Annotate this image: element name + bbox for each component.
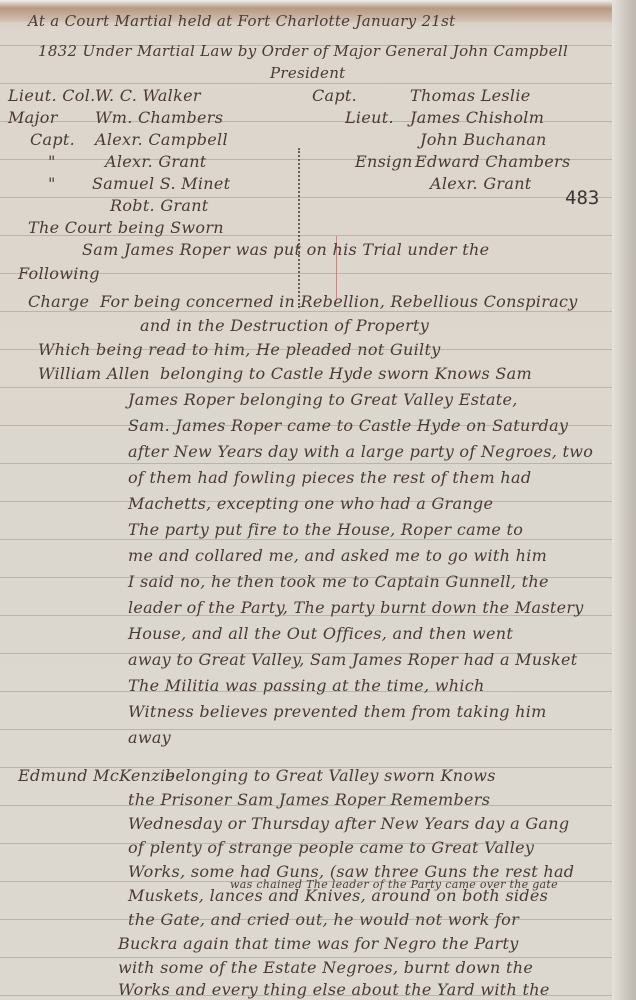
member-rank: " xyxy=(48,152,56,171)
charge-text: For being concerned in Rebellion, Rebell… xyxy=(100,292,578,311)
heading-line-2: 1832 Under Martial Law by Order of Major… xyxy=(38,42,568,60)
testimony-line: the Gate, and cried out, he would not wo… xyxy=(128,910,519,929)
testimony-line: belonging to Castle Hyde sworn Knows Sam xyxy=(160,364,532,383)
testimony-line: leader of the Party, The party burnt dow… xyxy=(128,598,584,617)
member-name: Edward Chambers xyxy=(415,152,570,171)
testimony-line: of them had fowling pieces the rest of t… xyxy=(128,468,531,487)
testimony-line: House, and all the Out Offices, and then… xyxy=(128,624,513,643)
member-name: Wm. Chambers xyxy=(95,108,223,127)
member-name: Thomas Leslie xyxy=(410,86,531,105)
member-rank: Ensign xyxy=(355,152,413,171)
member-rank: Lieut. xyxy=(345,108,394,127)
member-rank: Capt. xyxy=(30,130,75,149)
following-label: Following xyxy=(18,264,100,283)
interlinear-insertion: was chained The leader of the Party came… xyxy=(230,878,558,891)
plea-line: Which being read to him, He pleaded not … xyxy=(38,340,441,359)
charge-label: Charge xyxy=(28,292,89,311)
testimony-line: The Militia was passing at the time, whi… xyxy=(128,676,485,695)
testimony-line: I said no, he then took me to Captain Gu… xyxy=(128,572,549,591)
testimony-line: of plenty of strange people came to Grea… xyxy=(128,838,534,857)
member-name: Alexr. Campbell xyxy=(95,130,228,149)
testimony-line: Witness believes prevented them from tak… xyxy=(128,702,547,721)
testimony-line: away to Great Valley, Sam James Roper ha… xyxy=(128,650,577,669)
testimony-line: belonging to Great Valley sworn Knows xyxy=(165,766,496,785)
court-sworn: The Court being Sworn xyxy=(28,218,224,237)
testimony-line: Sam. James Roper came to Castle Hyde on … xyxy=(128,416,568,435)
member-name: Alexr. Grant xyxy=(105,152,207,171)
page-number-stamp: 483 xyxy=(565,187,599,209)
charge-text: and in the Destruction of Property xyxy=(140,316,429,335)
member-rank: Capt. xyxy=(312,86,357,105)
testimony-line: Buckra again that time was for Negro the… xyxy=(118,934,519,953)
heading-president: President xyxy=(270,64,346,82)
testimony-line: me and collared me, and asked me to go w… xyxy=(128,546,547,565)
witness-name: William Allen xyxy=(38,364,150,383)
member-rank: " xyxy=(48,174,56,193)
heading-line-1: At a Court Martial held at Fort Charlott… xyxy=(28,12,455,30)
testimony-line: The party put fire to the House, Roper c… xyxy=(128,520,523,539)
member-name: John Buchanan xyxy=(420,130,547,149)
member-name: Samuel S. Minet xyxy=(92,174,230,193)
witness-name: Edmund McKenzie xyxy=(18,766,175,785)
member-name: W. C. Walker xyxy=(95,86,201,105)
member-name: James Chisholm xyxy=(410,108,544,127)
testimony-line: James Roper belonging to Great Valley Es… xyxy=(128,390,518,409)
member-brace xyxy=(294,148,300,308)
testimony-line: the Prisoner Sam James Roper Remembers xyxy=(128,790,490,809)
page-edge xyxy=(612,0,636,1000)
member-name: Alexr. Grant xyxy=(430,174,532,193)
testimony-line: after New Years day with a large party o… xyxy=(128,442,593,461)
testimony-line: Machetts, excepting one who had a Grange xyxy=(128,494,493,513)
testimony-line: Wednesday or Thursday after New Years da… xyxy=(128,814,569,833)
ledger-page: At a Court Martial held at Fort Charlott… xyxy=(0,0,612,1000)
testimony-line: Works and every thing else about the Yar… xyxy=(118,980,550,999)
testimony-line: with some of the Estate Negroes, burnt d… xyxy=(118,958,533,977)
member-name: Robt. Grant xyxy=(110,196,209,215)
testimony-line: away xyxy=(128,728,171,747)
member-rank: Lieut. Col. xyxy=(8,86,96,105)
member-rank: Major xyxy=(8,108,58,127)
prisoner-line: Sam James Roper was put on his Trial und… xyxy=(82,240,489,259)
